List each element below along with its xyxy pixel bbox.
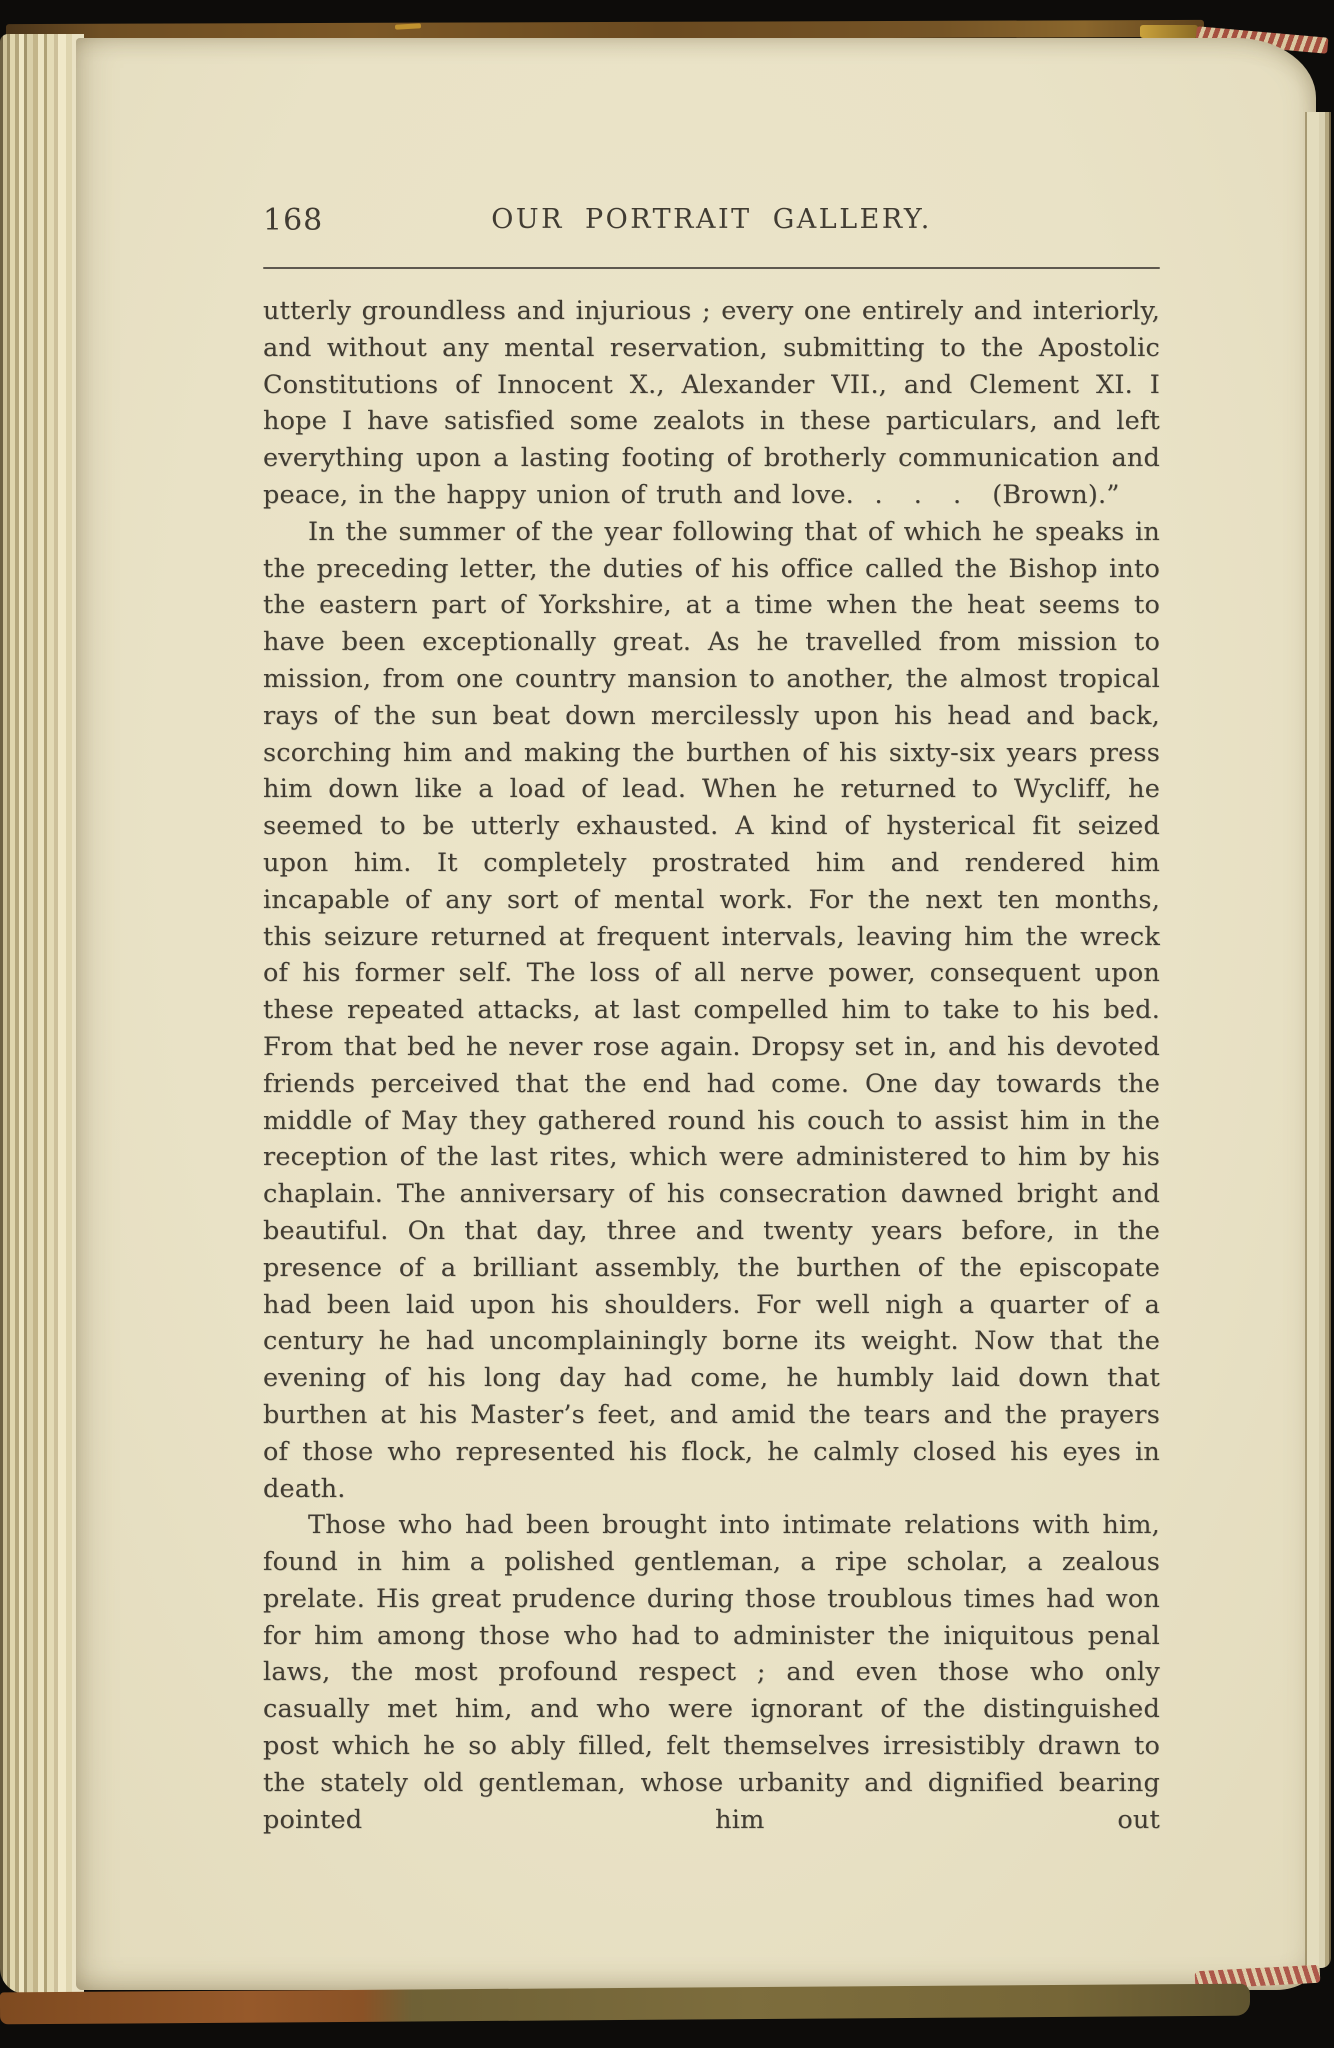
body-text: utterly groundless and injurious ; every… — [263, 293, 1160, 1838]
page-edge-stack-left — [0, 34, 84, 1994]
running-title: OUR PORTRAIT GALLERY. — [263, 201, 1160, 235]
paragraph: In the summer of the year following that… — [263, 514, 1160, 1508]
gilt-fleck — [1140, 25, 1198, 38]
paragraph: Those who had been brought into intimate… — [263, 1507, 1160, 1838]
book-page: 168 OUR PORTRAIT GALLERY. utterly ground… — [76, 38, 1316, 1990]
page-header: 168 OUR PORTRAIT GALLERY. — [263, 201, 1160, 239]
header-rule — [263, 267, 1160, 269]
book-scan-photo: 168 OUR PORTRAIT GALLERY. utterly ground… — [0, 0, 1334, 2048]
page-number: 168 — [263, 203, 323, 238]
page-edge-right — [1305, 112, 1331, 1968]
paragraph: utterly groundless and injurious ; every… — [263, 293, 1160, 514]
